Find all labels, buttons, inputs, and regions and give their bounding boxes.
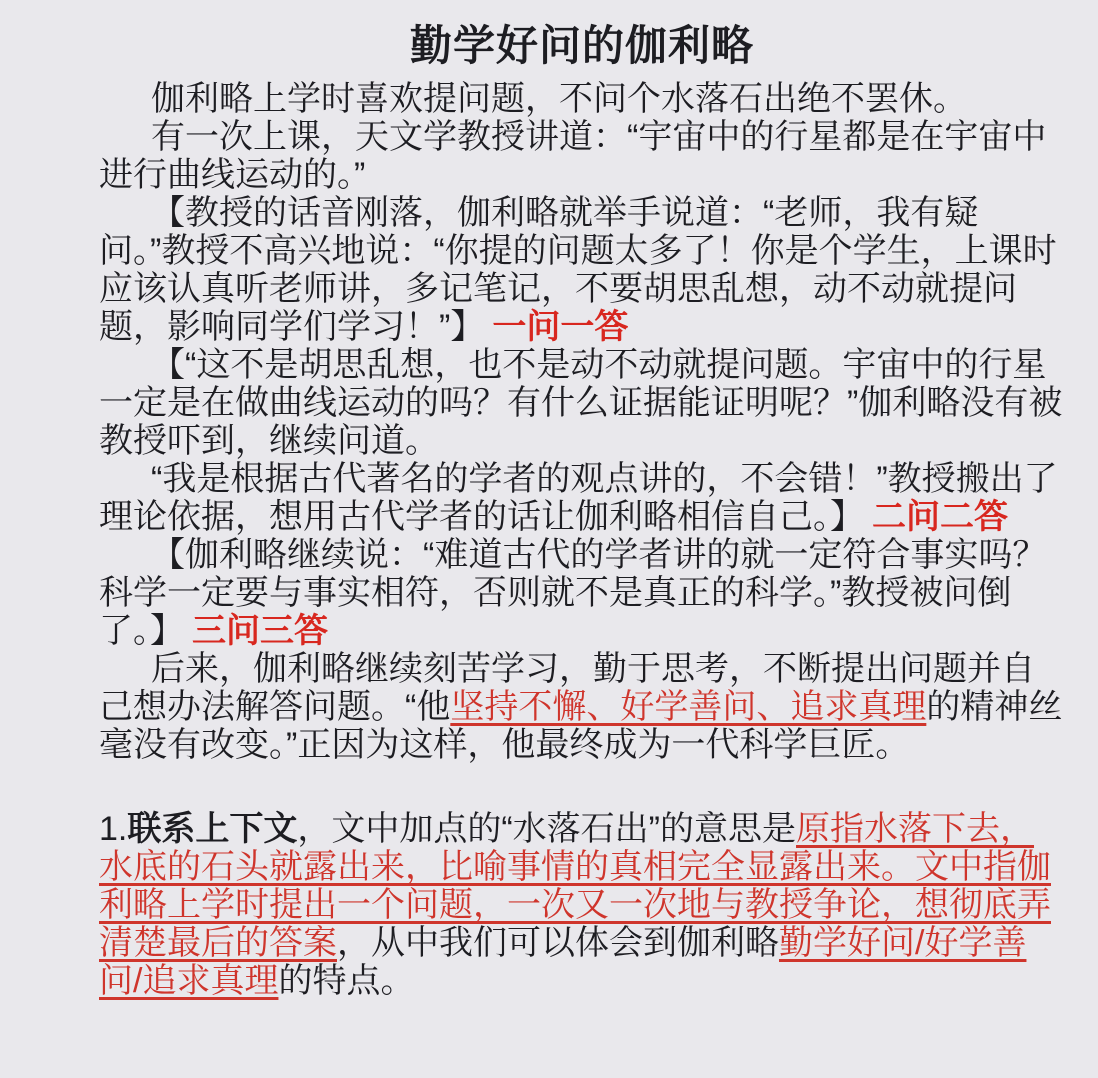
story-paragraph: 【“这不是胡思乱想，也不是动不动就提问题。宇宙中的行星一定是在做曲线运动的吗？有… (99, 346, 1065, 460)
text-run: 有一次上课，天文学教授讲道：“宇宙中的行星都是在宇宙中进行曲线运动的。” (99, 118, 1046, 194)
story-paragraph: 【伽利略继续说：“难道古代的学者讲的就一定符合事实吗？科学一定要与事实相符，否则… (99, 536, 1065, 650)
text-run: 【“这不是胡思乱想，也不是动不动就提问题。宇宙中的行星一定是在做曲线运动的吗？有… (99, 346, 1062, 460)
text-run: 伽利略上学时喜欢提问题，不问个水落石出绝不罢休。 (151, 80, 967, 118)
story-paragraph: 后来，伽利略继续刻苦学习，勤于思考，不断提出问题并自己想办法解答问题。“他坚持不… (99, 650, 1065, 764)
text-run: ，文中加点的“水落石出”的意思是 (297, 810, 796, 848)
story-paragraph: 【教授的话音刚落，伽利略就举手说道：“老师，我有疑问。”教授不高兴地说：“你提的… (99, 194, 1065, 346)
story-paragraph: 有一次上课，天文学教授讲道：“宇宙中的行星都是在宇宙中进行曲线运动的。” (99, 118, 1065, 194)
text-run: 的特点。 (278, 962, 414, 1000)
text-run: 1. (99, 810, 127, 848)
story-paragraph: 伽利略上学时喜欢提问题，不问个水落石出绝不罢休。 (99, 80, 1065, 118)
story-section: 伽利略上学时喜欢提问题，不问个水落石出绝不罢休。有一次上课，天文学教授讲道：“宇… (99, 80, 1065, 764)
qa-annotation-label: 三问三答 (184, 612, 328, 650)
question-keyword: 联系上下文 (127, 810, 297, 848)
question-item: 1.联系上下文，文中加点的“水落石出”的意思是原指水落下去，水底的石头就露出来，… (99, 810, 1065, 1000)
page-title: 勤学好问的伽利略 (99, 22, 1065, 70)
document-page: 勤学好问的伽利略 伽利略上学时喜欢提问题，不问个水落石出绝不罢休。有一次上课，天… (0, 0, 1098, 1078)
qa-annotation-label: 一问一答 (484, 308, 628, 346)
story-paragraph: “我是根据古代著名的学者的观点讲的，不会错！”教授搬出了理论依据，想用古代学者的… (99, 460, 1065, 536)
answer-underline: 坚持不懈、好学善问、追求真理 (450, 688, 926, 726)
question-section: 1.联系上下文，文中加点的“水落石出”的意思是原指水落下去，水底的石头就露出来，… (99, 810, 1065, 1000)
qa-annotation-label: 二问二答 (864, 498, 1008, 536)
text-run: ，从中我们可以体会到伽利略 (337, 924, 779, 962)
